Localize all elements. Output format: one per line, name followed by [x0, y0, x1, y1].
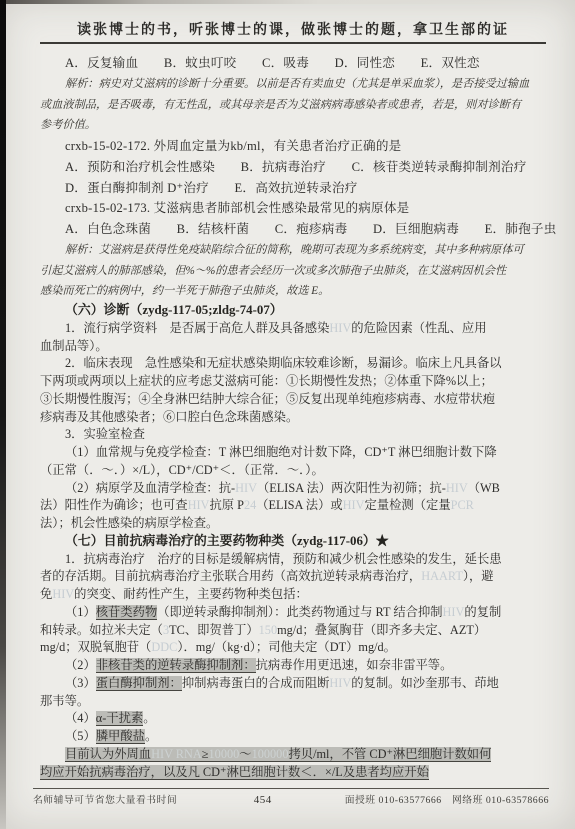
text-line: 血制品等）。 — [40, 338, 550, 356]
text-line: crxb-15-02-173. 艾滋病患者肺部机会性感染最常见的病原体是 — [40, 198, 550, 219]
text-line: D．蛋白酶抑制剂 D⁺治疗 E．高效抗逆转录治疗 — [40, 178, 550, 199]
hidden-answer-text: HAART — [421, 569, 463, 583]
highlighted-term: 蛋白酶抑制剂： — [96, 676, 182, 691]
footer-right-text: 面授班 010-63577666 网络班 010-63578666 — [295, 792, 549, 806]
content-lines: A．反复输血 B．蚊虫叮咬 C．吸毒 D．同性恋 E．双性恋解析：病史对艾滋病的… — [40, 53, 550, 781]
text-line: 解析：病史对艾滋病的诊断十分重要。以前是否有卖血史（尤其是单采血浆），是否接受过… — [40, 74, 550, 95]
text-segment: crxb-15-02-172. 外周血 — [65, 139, 192, 153]
text-segment: 感染而死亡的病例中，约一半死于肺孢子虫肺炎，故选 E。 — [40, 285, 329, 297]
text-segment: 定量为 — [192, 139, 230, 153]
footer-divider — [33, 788, 549, 789]
text-segment: 法）阳性作为确诊；也可查 — [40, 498, 188, 512]
text-line: （2）病原学及血清学检查：抗-HIV（ELISA 法）两次阳性为初筛；抗-HIV… — [40, 480, 550, 498]
text-segment: ③长期慢性腹泻；④全身淋巴结肿大综合征；⑤反复出现单纯疱疹病毒、水痘带状疱 — [40, 392, 495, 406]
text-segment: 患者均应开始 — [355, 765, 429, 780]
text-segment: 者的存活期。目前抗病毒治疗主张联合用药（高效抗逆转录病毒治疗， — [40, 569, 421, 583]
text-line: 参考价值。 — [40, 115, 550, 136]
text-segment: ～ — [102, 463, 114, 477]
section-heading-7: （七）目前抗病毒治疗的主要药物种类（zydg-117-06）★ — [40, 533, 550, 551]
text-line: 引起艾滋病人的肺部感染，但%～%的患者会经历一次或多次肺孢子虫肺炎，在艾滋病因机… — [40, 261, 550, 282]
text-segment: A．反复输血 B．蚊虫叮咬 C．吸毒 D．同性恋 E．双性恋 — [65, 56, 480, 70]
scan-edge-shadow — [0, 0, 6, 829]
hidden-answer-text: 100000 — [252, 747, 289, 762]
text-segment: （5） — [65, 729, 96, 743]
text-segment: （即逆转录酶抑制剂）：此类药物通过与 RT 结合抑制 — [157, 605, 442, 619]
key-point-line: 目前认为外周血HIV RNA≥10000～100000拷贝/ml，不管 CD⁺淋… — [40, 746, 550, 764]
text-segment: （3） — [65, 676, 96, 690]
text-line: （3）蛋白酶抑制剂：抑制病毒蛋白的合成而阻断HIV的复制。如沙奎那韦、茚地 — [40, 675, 550, 693]
text-segment: A．白色念珠菌 B．结核杆菌 C．疱疹病毒 D．巨细胞病毒 E．肺孢子虫 — [65, 222, 556, 236]
text-line: （5）膦甲酸盐。 — [40, 728, 550, 746]
text-segment: 均应开始抗病毒治疗，以及凡 CD⁺淋巴细胞计数＜ — [40, 765, 313, 780]
hidden-answer-text: DDC — [151, 640, 177, 654]
text-segment: ． — [231, 463, 243, 477]
text-segment: （WB — [468, 481, 500, 495]
text-line: 或血液制品，是否吸毒，有无性乱，或其母亲是否为艾滋病病毒感染者或患者，若是，则对… — [40, 95, 550, 116]
text-segment: 参考价值。 — [40, 119, 96, 131]
text-line: A．白色念珠菌 B．结核杆菌 C．疱疹病毒 D．巨细胞病毒 E．肺孢子虫 — [40, 219, 550, 240]
text-line: 那韦等。 — [40, 693, 550, 711]
hidden-answer-text: HIV — [443, 605, 465, 619]
text-segment: %～ — [185, 265, 206, 277]
text-line: 法）；机会性感染的病原学检查。 — [40, 515, 550, 533]
highlighted-term: α-干扰素 — [96, 711, 143, 726]
text-line: （1）核苷类药物（即逆转录酶抑制剂）：此类药物通过与 RT 结合抑制HIV的复制 — [40, 604, 550, 622]
text-line: 法）阳性作为确诊；也可查HIV抗原 P24（ELISA 法）或HIV定量检测（定… — [40, 497, 550, 515]
text-line: mg/d；双脱氧胞苷（DDC）．mg/（kg·d）；司他夫定（DT）mg/d。 — [40, 639, 550, 657]
text-line: 3．实验室检查 — [40, 426, 550, 444]
hidden-answer-text: PCR — [451, 498, 474, 512]
text-line: 免HIV的突变、耐药性产生，主要药物种类包括： — [40, 586, 550, 604]
text-line: （2）非核苷类的逆转录酶抑制剂：抗病毒作用更迅速，如奈非雷平等。 — [40, 657, 550, 675]
hidden-answer-text: HIV — [52, 587, 74, 601]
text-segment: × — [325, 765, 332, 780]
text-segment: ），避 — [463, 569, 494, 583]
text-line: 下两项或两项以上症状的应考虑艾滋病可能：①长期慢性发热；②体重下降%以上； — [40, 373, 550, 391]
text-segment: 的危险因素（性乱、应用 — [351, 321, 486, 335]
text-segment: mg/d。 — [358, 640, 396, 654]
text-segment: /L），CD⁺/CD⁺＜ — [139, 463, 231, 477]
hidden-answer-text: HIV — [343, 498, 365, 512]
hidden-answer-text: HIV — [329, 321, 351, 335]
text-segment: 1．流行病学资料 是否属于高危人群及具备感染 — [65, 321, 329, 335]
text-segment: ． — [275, 463, 287, 477]
hidden-answer-text: 24 — [244, 498, 256, 512]
section-heading-6: （六）诊断（zydg-117-05;zldg-74-07） — [40, 302, 550, 320]
text-segment: 抑制病毒蛋白的合成而阻断 — [182, 676, 330, 690]
text-segment: 抗原 P — [209, 498, 244, 512]
highlighted-term: 膦甲酸盐 — [96, 729, 145, 744]
text-segment: mg/（kg·d）；司他夫定（D — [196, 640, 339, 654]
text-line: （正常（．～．）×/L），CD⁺/CD⁺＜．（正常．～．）。 — [40, 462, 550, 480]
text-segment: （正常（ — [40, 463, 89, 477]
text-line: A．预防和治疗机会性感染 B．抗病毒治疗 C．核苷类逆转录酶抑制剂治疗 — [40, 157, 550, 178]
text-segment: ． — [89, 463, 101, 477]
text-segment: kb/ml，有关患者治疗正确的是 — [230, 139, 401, 153]
text-segment: （2） — [65, 658, 96, 672]
scanned-book-page: 读张博士的书，听张博士的课，做张博士的题，拿卫生部的证 A．反复输血 B．蚊虫叮… — [0, 0, 575, 829]
text-segment: D．蛋白酶抑制剂 D⁺治疗 E．高效抗逆转录治疗 — [65, 181, 358, 195]
text-segment: 的突变、耐药性产生，主要药物种类包括： — [74, 587, 308, 601]
text-segment: 疹病毒及其他感染者；⑥口腔白色念珠菌感染。 — [40, 410, 298, 424]
text-segment: 或血液制品，是否吸毒，有无性乱，或其母亲是否为艾滋病病毒感染者或患者，若是，则对… — [40, 99, 521, 111]
text-line: ③长期慢性腹泻；④全身淋巴结肿大综合征；⑤反复出现单纯疱疹病毒、水痘带状疱 — [40, 391, 550, 409]
text-segment: %以上； — [446, 374, 493, 388]
text-segment: 定量检测（定量 — [365, 498, 451, 512]
text-line: 解析：艾滋病是获得性免疫缺陷综合征的简称，晚期可表现为多系统病变，其中多种病原体… — [40, 240, 550, 261]
text-line: 2．临床表现 急性感染和无症状感染期临床较难诊断，易漏诊。临床上凡具备以 — [40, 355, 550, 373]
text-segment: ～ — [287, 463, 299, 477]
page-number: 454 — [231, 794, 295, 806]
text-segment: 3．实验室检查 — [65, 427, 145, 441]
hidden-answer-text: HIV — [329, 676, 351, 690]
text-line: A．反复输血 B．蚊虫叮咬 C．吸毒 D．同性恋 E．双性恋 — [40, 53, 550, 74]
text-segment: 免 — [40, 587, 52, 601]
footer-left-text: 名师辅导可节省您大量看书时间 — [33, 792, 231, 806]
hidden-answer-text: 10000 — [209, 747, 240, 762]
text-segment: （六）诊断（zydg-117-05;zldg-74-07） — [65, 303, 283, 317]
text-segment: ． — [183, 640, 195, 654]
scan-top-shadow — [6, 0, 575, 4]
hidden-answer-text: HIV — [235, 481, 257, 495]
highlighted-term: 非核苷类的逆转录酶抑制剂： — [96, 658, 256, 673]
text-segment: 那韦等。 — [40, 694, 89, 708]
text-segment: （2）病原学及血清学检查：抗- — [65, 481, 235, 495]
text-segment: 和转录。如拉米夫定（ — [40, 623, 163, 637]
text-segment: ）× — [120, 463, 139, 477]
text-segment: 的复制。如沙奎那韦、茚地 — [351, 676, 499, 690]
key-point-line: 均应开始抗病毒治疗，以及凡 CD⁺淋巴细胞计数＜．×/L及患者均应开始 — [40, 764, 550, 782]
text-segment: 抗病毒作用更迅速，如奈非雷平等。 — [256, 658, 453, 672]
text-segment: 目前认为外周血 — [65, 747, 151, 762]
hidden-answer-text: HIV RNA — [151, 747, 202, 762]
text-segment: 。 — [143, 711, 155, 725]
text-segment: ）。 — [305, 463, 323, 477]
text-line: 和转录。如拉米夫定（3TC、即贺普丁）150mg/d；叠氮胸苷（即齐多夫定、AZ… — [40, 622, 550, 640]
text-segment: mg/d；叠氮胸苷（即齐多夫定、AZT） — [277, 623, 486, 637]
text-segment: A．预防和治疗机会性感染 B．抗病毒治疗 C．核苷类逆转录酶抑制剂治疗 — [65, 160, 526, 174]
text-segment: （ELISA 法）或 — [256, 498, 342, 512]
text-line: crxb-15-02-172. 外周血定量为kb/ml，有关患者治疗正确的是 — [40, 136, 550, 157]
header-divider — [40, 42, 546, 44]
text-segment: 1．抗病毒治疗 治疗的目标是缓解病情，预防和减少机会性感染的发生，延长患 — [65, 552, 502, 566]
text-line: 1．流行病学资料 是否属于高危人群及具备感染HIV的危险因素（性乱、应用 — [40, 320, 550, 338]
text-line: 感染而死亡的病例中，约一半死于肺孢子虫肺炎，故选 E。 — [40, 281, 550, 302]
highlighted-term: 核苷类药物 — [96, 605, 158, 620]
text-segment: %的患者会经历一次或多次肺孢子虫肺炎，在艾滋病因机会性 — [206, 265, 506, 277]
text-segment: T） — [339, 640, 359, 654]
text-segment: （ELISA 法）两次阳性为初筛；抗- — [257, 481, 446, 495]
text-line: （4）α-干扰素。 — [40, 710, 550, 728]
text-segment: 解析：病史对艾滋病的诊断十分重要。以前是否有卖血史（尤其是单采血浆），是否接受过… — [65, 78, 529, 90]
text-line: 1．抗病毒治疗 治疗的目标是缓解病情，预防和减少机会性感染的发生，延长患 — [40, 551, 550, 569]
text-line: （1）血常规与免疫学检查：T 淋巴细胞绝对计数下降，CD⁺T 淋巴细胞计数下降 — [40, 444, 550, 462]
text-segment: （1） — [65, 605, 96, 619]
text-segment: ． — [313, 765, 325, 780]
text-segment: TC、即贺普丁） — [169, 623, 259, 637]
hidden-answer-text: 150 — [259, 623, 277, 637]
text-line: 者的存活期。目前抗病毒治疗主张联合用药（高效抗逆转录病毒治疗，HAART），避 — [40, 568, 550, 586]
text-segment: 拷贝/ml，不管 CD⁺淋巴细胞计数如何 — [288, 747, 491, 762]
text-segment: 下两项或两项以上症状的应考虑艾滋病可能：①长期慢性发热；②体重下降 — [40, 374, 446, 388]
text-segment: 。 — [145, 729, 157, 743]
text-segment: ≥ — [202, 747, 209, 762]
text-segment: /L及 — [332, 765, 355, 780]
text-segment: （4） — [65, 711, 96, 725]
text-segment: 解析：艾滋病是获得性免疫缺陷综合征的简称，晚期可表现为多系统病变，其中多种病原体… — [65, 244, 524, 256]
text-segment: 2．临床表现 急性感染和无症状感染期临床较难诊断，易漏诊。临床上凡具备以 — [65, 356, 502, 370]
text-segment: 法）；机会性感染的病原学检查。 — [40, 516, 218, 530]
text-segment: 的复制 — [464, 605, 501, 619]
page-footer: 名师辅导可节省您大量看书时间 454 面授班 010-63577666 网络班 … — [33, 792, 549, 806]
text-segment: mg/d；双脱氧胞苷（ — [40, 640, 151, 654]
text-segment: 引起艾滋病人的肺部感染，但 — [40, 265, 185, 277]
hidden-answer-text: HIV — [446, 481, 468, 495]
text-segment: （七）目前抗病毒治疗的主要药物种类（zydg-117-06）★ — [65, 534, 389, 548]
page-header-slogan: 读张博士的书，听张博士的课，做张博士的题，拿卫生部的证 — [40, 19, 546, 39]
text-segment: 血制品等）。 — [40, 339, 108, 353]
text-segment: （1）血常规与免疫学检查：T 淋巴细胞绝对计数下降，CD⁺T 淋巴细胞计数下降 — [65, 445, 497, 459]
hidden-answer-text: HIV — [188, 498, 210, 512]
text-segment: ～ — [239, 747, 251, 762]
text-segment: （正常 — [244, 463, 275, 477]
text-segment: crxb-15-02-173. 艾滋病患者肺部机会性感染最常见的病原体是 — [65, 201, 409, 215]
text-line: 疹病毒及其他感染者；⑥口腔白色念珠菌感染。 — [40, 409, 550, 427]
